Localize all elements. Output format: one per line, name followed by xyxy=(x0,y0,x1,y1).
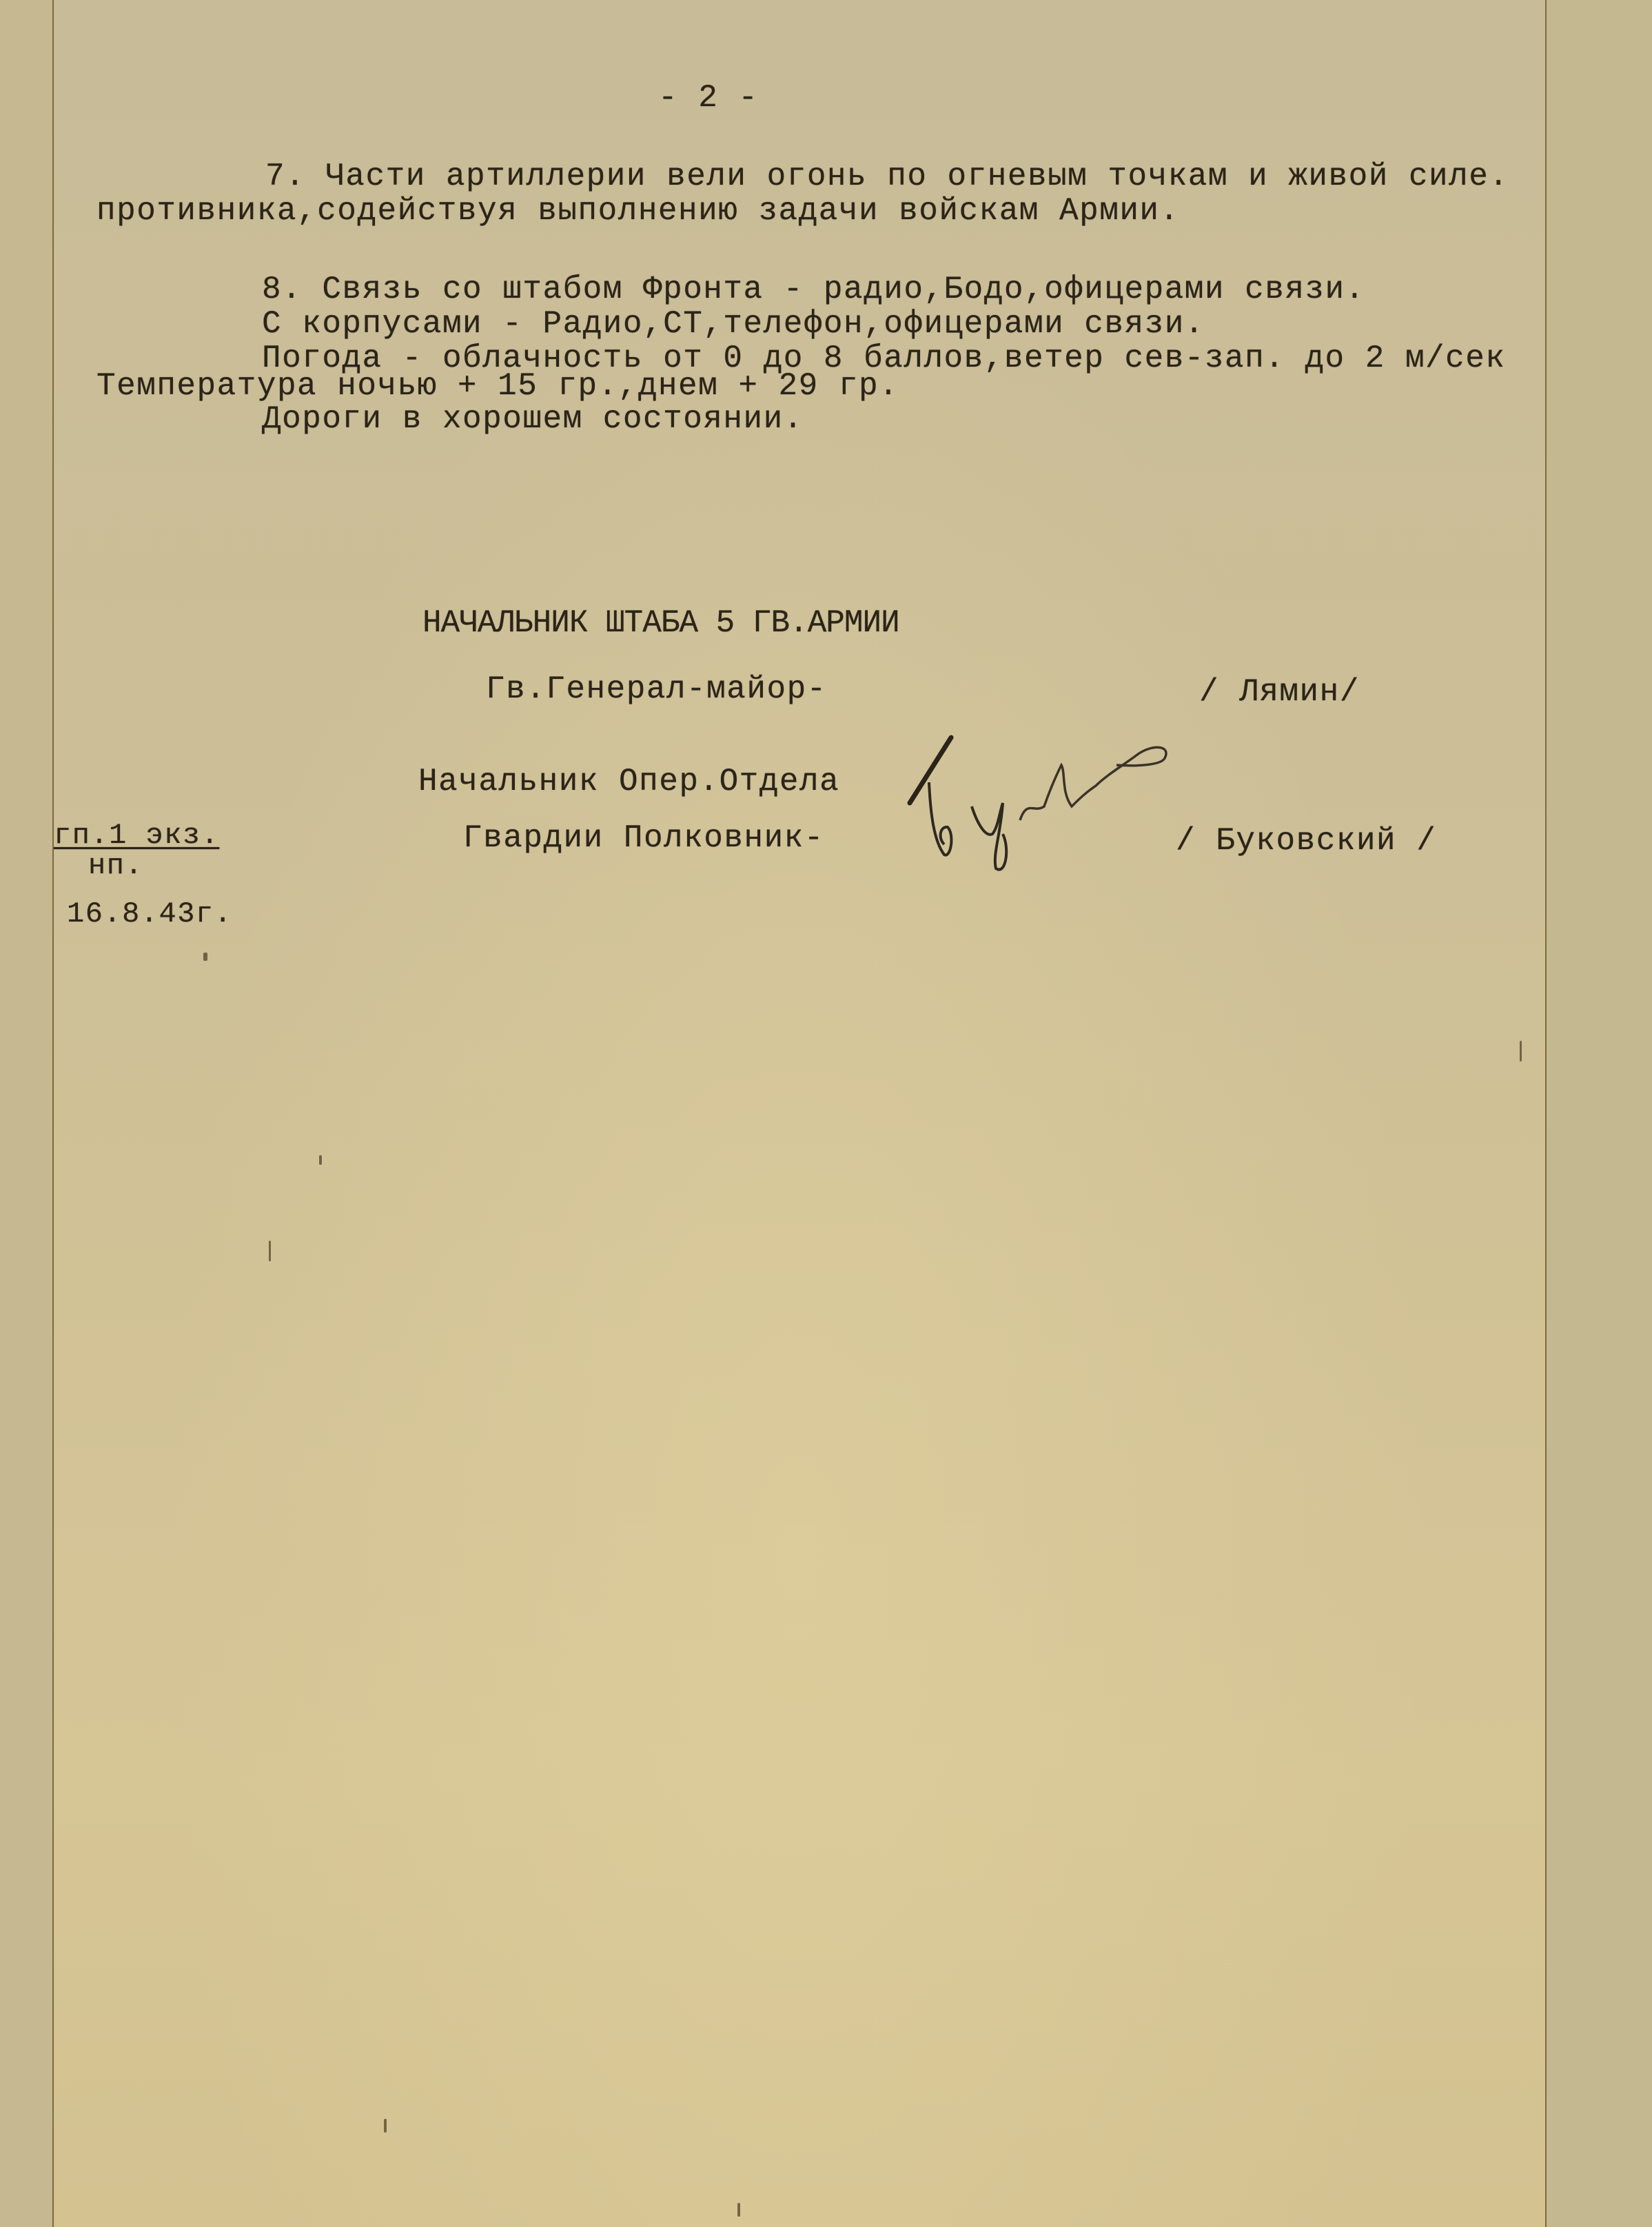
chief-of-staff-name: / Лямин/ xyxy=(1199,675,1360,709)
ops-chief-name: / Буковский / xyxy=(1176,824,1436,857)
paragraph-8-line-4: Температура ночью + 15 гр.,днем + 29 гр. xyxy=(96,369,899,403)
paper-speck xyxy=(384,2119,387,2133)
paper-speck xyxy=(737,2203,740,2217)
ops-chief-rank: Гвардии Полковник- xyxy=(463,822,824,855)
margin-note-typist: нп. xyxy=(88,849,143,882)
ops-chief-title: Начальник Опер.Отдела xyxy=(418,765,839,798)
paper-speck xyxy=(269,1241,271,1261)
paper-speck xyxy=(319,1155,322,1165)
page-number: - 2 - xyxy=(658,81,759,114)
handwritten-signature xyxy=(889,717,1179,882)
paragraph-7-line-1: 7. Части артиллерии вели огонь по огневы… xyxy=(265,160,1509,193)
chief-of-staff-rank: Гв.Генерал-майор- xyxy=(486,673,827,706)
margin-note-copies: гп.1 экз. xyxy=(54,819,219,852)
margin-note-date: 16.8.43г. xyxy=(67,897,232,931)
paragraph-8-line-2: С корпусами - Радио,СТ,телефон,офицерами… xyxy=(262,307,1205,340)
paper-speck xyxy=(203,953,207,961)
paragraph-7-line-2: противника,содействуя выполнению задачи … xyxy=(96,194,1180,227)
paragraph-8-line-5: Дороги в хорошем состоянии. xyxy=(262,403,804,436)
chief-of-staff-title: НАЧАЛЬНИК ШТАБА 5 ГВ.АРМИИ xyxy=(422,607,899,640)
paragraph-8-line-1: 8. Связь со штабом Фронта - радио,Бодо,о… xyxy=(262,273,1365,306)
right-margin-strip xyxy=(1545,0,1652,2227)
left-margin-strip xyxy=(0,0,54,2227)
paper-speck xyxy=(1520,1041,1522,1061)
